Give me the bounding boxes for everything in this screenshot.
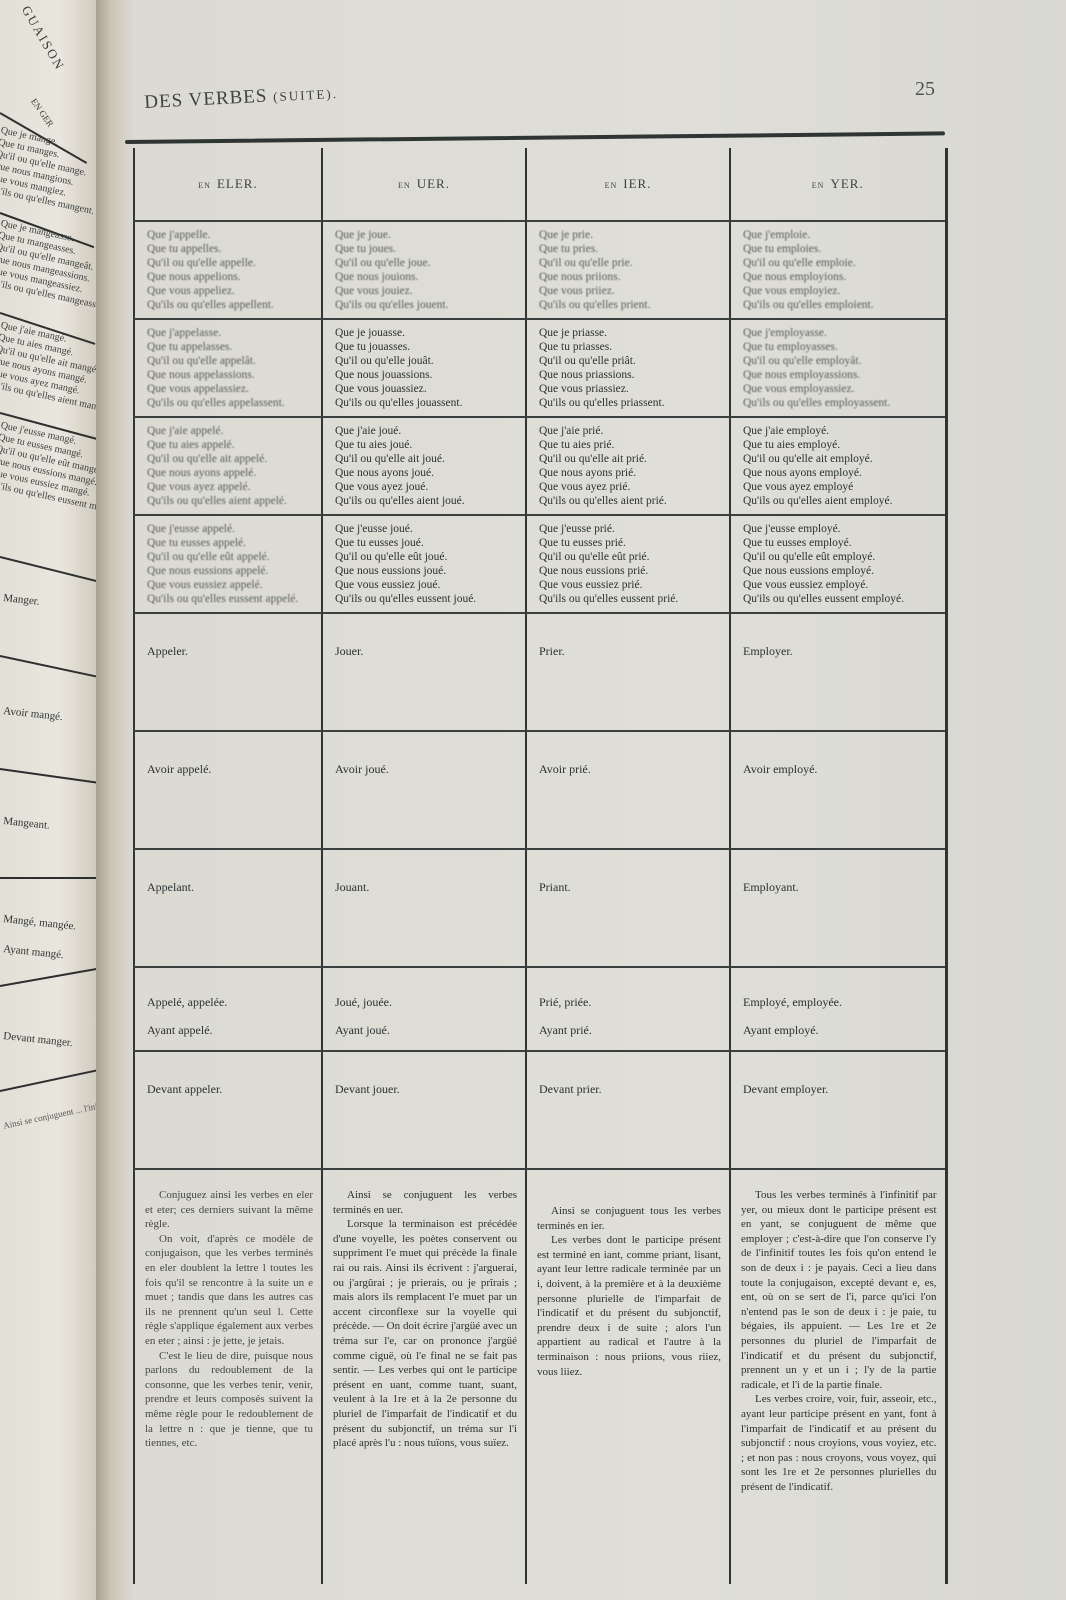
cell-ier-infinitive: Prier. [526, 613, 730, 731]
row-past-participle: Appelé, appelée.Ayant appelé. Joué, joué… [134, 967, 946, 1051]
cell-eler-gerund: Devant appeler. [134, 1051, 322, 1169]
left-forms-present: Que je mange.Que tu manges.Qu'il ou qu'e… [0, 125, 90, 214]
cell-eler-present-participle: Appelant. [134, 849, 322, 967]
cell-eler-subj-present: Que j'appelle.Que tu appelles.Qu'il ou q… [134, 221, 322, 319]
note-yer: Tous les verbes terminés à l'infinitif p… [730, 1169, 946, 1584]
cell-yer-past-infinitive: Avoir employé. [730, 731, 946, 849]
header-row: ENELER. ENUER. ENIER. ENYER. [134, 148, 946, 221]
left-note-fragment: Ainsi se conjuguent ... l'infinitif ... [2, 1101, 93, 1131]
row-gerund: Devant appeler. Devant jouer. Devant pri… [134, 1051, 946, 1169]
cell-eler-subj-perfect: Que j'aie appelé.Que tu aies appelé.Qu'i… [134, 417, 322, 515]
left-past-participle: Mangé, mangée. [3, 913, 77, 933]
divider [0, 968, 99, 987]
left-infinitive: Manger. [3, 592, 40, 608]
cell-uer-infinitive: Jouer. [322, 613, 526, 731]
cell-eler-subj-imperfect: Que j'appelasse.Que tu appelasses.Qu'il … [134, 319, 322, 417]
column-header-uer: ENUER. [322, 148, 526, 221]
left-forms-perfect: Que j'aie mangé.Que tu aies mangé.Qu'il … [0, 320, 90, 409]
cell-uer-subj-pluperfect: Que j'eusse joué.Que tu eusses joué.Qu'i… [322, 515, 526, 613]
cell-eler-subj-pluperfect: Que j'eusse appelé.Que tu eusses appelé.… [134, 515, 322, 613]
divider [0, 1069, 98, 1092]
left-past-infinitive: Avoir mangé. [3, 705, 64, 723]
running-head-title: DES VERBES [144, 86, 268, 113]
cell-yer-subj-perfect: Que j'aie employé.Que tu aies employé.Qu… [730, 417, 946, 515]
divider [0, 655, 98, 678]
divider [0, 556, 97, 582]
row-subjunctive-imperfect: Que j'appelasse.Que tu appelasses.Qu'il … [134, 319, 946, 417]
cell-ier-subj-pluperfect: Que j'eusse prié.Que tu eusses prié.Qu'i… [526, 515, 730, 613]
conjugation-table: ENELER. ENUER. ENIER. ENYER. Que j'appel… [133, 148, 948, 1584]
cell-eler-past-participle: Appelé, appelée.Ayant appelé. [134, 967, 322, 1051]
cell-ier-past-infinitive: Avoir prié. [526, 731, 730, 849]
cell-uer-present-participle: Jouant. [322, 849, 526, 967]
cell-yer-subj-present: Que j'emploie.Que tu emploies.Qu'il ou q… [730, 221, 946, 319]
cell-uer-gerund: Devant jouer. [322, 1051, 526, 1169]
cell-ier-gerund: Devant prier. [526, 1051, 730, 1169]
left-gerund: Devant manger. [3, 1030, 74, 1049]
left-present-participle: Mangeant. [3, 815, 51, 832]
right-page: DES VERBES (SUITE). 25 ENELER. ENUER. EN… [120, 0, 1066, 1600]
cell-uer-subj-present: Que je joue.Que tu joues.Qu'il ou qu'ell… [322, 221, 526, 319]
row-infinitive: Appeler. Jouer. Prier. Employer. [134, 613, 946, 731]
cell-eler-past-infinitive: Avoir appelé. [134, 731, 322, 849]
running-head-suffix: (SUITE). [273, 86, 338, 104]
row-subjunctive-perfect: Que j'aie appelé.Que tu aies appelé.Qu'i… [134, 417, 946, 515]
note-uer: Ainsi se conjuguent les verbes terminés … [322, 1169, 526, 1584]
cell-ier-subj-perfect: Que j'aie prié.Que tu aies prié.Qu'il ou… [526, 417, 730, 515]
divider [0, 768, 99, 784]
cell-yer-subj-imperfect: Que j'employasse.Que tu employasses.Qu'i… [730, 319, 946, 417]
top-rule [125, 131, 945, 144]
cell-ier-past-participle: Prié, priée.Ayant prié. [526, 967, 730, 1051]
row-subjunctive-present: Que j'appelle.Que tu appelles.Qu'il ou q… [134, 221, 946, 319]
cell-ier-subj-present: Que je prie.Que tu pries.Qu'il ou qu'ell… [526, 221, 730, 319]
note-eler: Conjuguez ainsi les verbes en eler et et… [134, 1169, 322, 1584]
page-number: 25 [915, 78, 935, 101]
cell-yer-present-participle: Employant. [730, 849, 946, 967]
column-header-yer: ENYER. [730, 148, 946, 221]
cell-yer-gerund: Devant employer. [730, 1051, 946, 1169]
cell-yer-infinitive: Employer. [730, 613, 946, 731]
divider [0, 877, 100, 879]
row-past-infinitive: Avoir appelé. Avoir joué. Avoir prié. Av… [134, 731, 946, 849]
note-ier: Ainsi se conjuguent tous les verbes term… [526, 1169, 730, 1584]
left-facing-page: GUAISON EN GER Que je mange.Que tu mange… [0, 0, 100, 1600]
column-header-ier: ENIER. [526, 148, 730, 221]
row-notes: Conjuguez ainsi les verbes en eler et et… [134, 1169, 946, 1584]
cell-ier-present-participle: Priant. [526, 849, 730, 967]
left-compound-participle: Ayant mangé. [3, 943, 65, 961]
cell-uer-past-participle: Joué, jouée.Ayant joué. [322, 967, 526, 1051]
cell-uer-past-infinitive: Avoir joué. [322, 731, 526, 849]
cell-uer-subj-perfect: Que j'aie joué.Que tu aies joué.Qu'il ou… [322, 417, 526, 515]
cell-uer-subj-imperfect: Que je jouasse.Que tu jouasses.Qu'il ou … [322, 319, 526, 417]
row-subjunctive-pluperfect: Que j'eusse appelé.Que tu eusses appelé.… [134, 515, 946, 613]
cell-yer-subj-pluperfect: Que j'eusse employé.Que tu eusses employ… [730, 515, 946, 613]
running-head: DES VERBES (SUITE). [144, 82, 339, 114]
row-present-participle: Appelant. Jouant. Priant. Employant. [134, 849, 946, 967]
cell-eler-infinitive: Appeler. [134, 613, 322, 731]
left-page-header: GUAISON [20, 4, 75, 88]
cell-yer-past-participle: Employé, employée.Ayant employé. [730, 967, 946, 1051]
left-forms-imperfect: Que je mangeasse.Que tu mangeasses.Qu'il… [0, 218, 90, 307]
column-header-eler: ENELER. [134, 148, 322, 221]
cell-ier-subj-imperfect: Que je priasse.Que tu priasses.Qu'il ou … [526, 319, 730, 417]
